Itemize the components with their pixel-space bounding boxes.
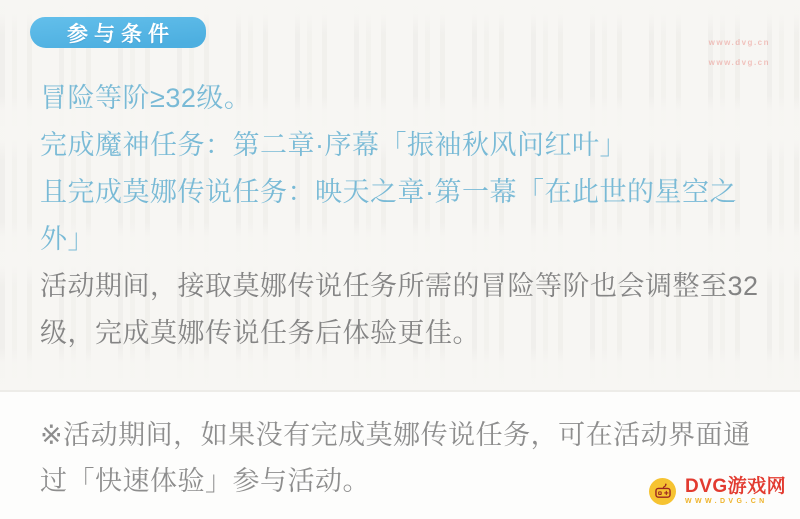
adjust-note-line-1: 活动期间，接取莫娜传说任务所需的冒险等阶也会调整至32 [40, 263, 770, 310]
gamepad-icon [654, 482, 672, 500]
logo-text-group: DVG游戏网 WWW.DVG.CN [685, 477, 786, 505]
logo-brand-name: DVG游戏网 [685, 477, 786, 496]
section-badge: 参与条件 [30, 17, 206, 48]
adjust-note-line-2: 级，完成莫娜传说任务后体验更佳。 [40, 310, 770, 357]
condition-line-story-quest: 且完成莫娜传说任务：映天之章·第一幕「在此世的星空之 [40, 169, 770, 216]
page-background: 参与条件 www.dvg.cn www.dvg.cn 冒险等阶≥32级。 完成魔… [0, 0, 800, 519]
logo-circle-badge [649, 478, 676, 505]
condition-line-adventure-rank: 冒险等阶≥32级。 [40, 75, 770, 122]
dvg-site-logo[interactable]: DVG游戏网 WWW.DVG.CN [649, 477, 786, 505]
footnote-line-1: ※活动期间，如果没有完成莫娜传说任务，可在活动界面通 [40, 412, 770, 458]
section-badge-label: 参与条件 [61, 18, 175, 48]
logo-site-url: WWW.DVG.CN [685, 498, 786, 505]
condition-line-story-quest-wrap: 外」 [40, 216, 770, 263]
conditions-text-block: 冒险等阶≥32级。 完成魔神任务：第二章·序幕「振袖秋风问红叶」 且完成莫娜传说… [40, 75, 770, 357]
condition-line-archon-quest: 完成魔神任务：第二章·序幕「振袖秋风问红叶」 [40, 122, 770, 169]
corner-watermark-line: www.dvg.cn [709, 33, 770, 53]
corner-watermark-line: www.dvg.cn [709, 53, 770, 73]
section-divider [0, 390, 800, 392]
corner-watermark: www.dvg.cn www.dvg.cn [709, 33, 770, 73]
